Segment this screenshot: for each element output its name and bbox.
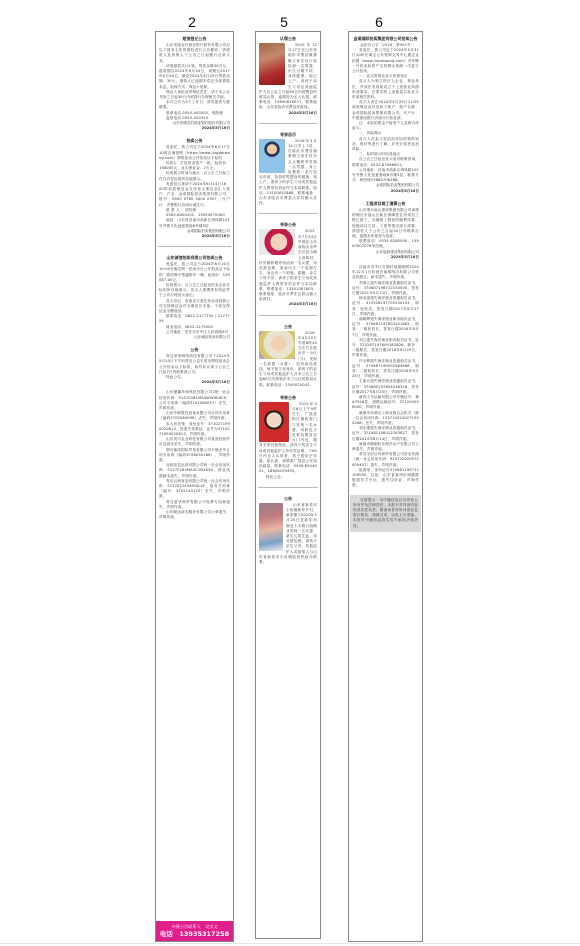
notice-paragraph: 标的1：打包拍卖资产一批，起拍价：198000元，竞买保证金：2万元。: [159, 161, 230, 171]
lost-item-notice: 本人孙先锋，身份证号：3710271990020613，因遗失驾驶证，证号为37…: [159, 422, 230, 438]
lost-item-notice: 烟台赛诺国际贸易有限公司不慎丢失合同专用章（编码3708030166），声明作废…: [159, 448, 230, 464]
infant-photo: [259, 229, 295, 255]
notice-title: 金诺国际拍卖集团有限公司拍卖公告: [352, 36, 419, 41]
notice-title: 公告: [159, 347, 230, 352]
notice-column-2: 短信登记公告 山东省城农村商业银行股份有限公司对以下债务主体的债权进行公告催收，…: [155, 31, 234, 942]
notice-title: 寻亲启示: [259, 132, 317, 137]
notice-phone: 联系电话：0622-2177750 / 2177759: [159, 314, 230, 324]
notice-paragraph: 标的展示时间与地点：自公告之日起工作日内在标的所在地展示。: [159, 171, 230, 181]
lost-item-notice: 山东中联数控设备有限公司合同专用章（编码3702080098）丢失，声明作废。: [159, 411, 230, 421]
notice-title: 公告: [259, 496, 317, 501]
notice-lost-items: 山东鼎翼环保科技有限公司1统一社会信用代码：91370281MA3WW9E8C9…: [156, 388, 233, 523]
notice-title: 山东诚信拍卖有限公司拍卖公告: [159, 255, 230, 260]
notice-paragraph: 注：本标的资金不接受个人及联合体参与。: [352, 121, 419, 131]
notice-claim: 认领公告 2019年12月17日在山东省临沂市费县镇寨镇王家庄村口捡拾到一名男婴…: [256, 32, 320, 119]
lost-item-notice: 青岛富华商贸有限公司发票专用章遗失，声明作废。: [159, 500, 230, 510]
notice-date: 2024年5月16日: [159, 234, 230, 239]
notice-column-6: 金诺国际拍卖集团有限公司拍卖公告 金拍告公字〔2024〕第501号 受委托，我公…: [348, 31, 423, 942]
notice-family-search-1: 寻亲启示 2016年3月14日早上7时，在临沂市费县镇寨镇王家庄村东头大槐树旁发…: [256, 128, 320, 210]
notice-paragraph: 有意竞买者请于2024年6月14日16：00时前将保证金交至竞买保证金汇入账户：…: [159, 182, 230, 208]
column-number-5: 5: [269, 14, 299, 30]
divider: [258, 487, 318, 488]
lost-item-notice: 山东昊川农业科技有限公司食品经营许可证副本丢失，声明作废。: [159, 437, 230, 447]
notice-date: 2024年5月16日: [259, 111, 317, 116]
notice-family-search-3: 寻亲公告 2015年5月6日上午9时左右，广饶县稻庄镇政府门口发现一名女婴，用粉…: [256, 391, 320, 483]
lost-item-notice: 青岛宝信百货商贸有限公司营业执照（统一社会信用代码：91370202057000…: [352, 452, 419, 468]
column-number-6: 6: [364, 14, 394, 30]
notice-auction-2: 山东诚信拍卖有限公司拍卖公告 受委托，我公司定于2024年6月20日10:00在…: [156, 251, 233, 343]
column-number-2: 2: [177, 14, 207, 30]
lost-item-notice: 曲朝辉遗失海洋渔业职务船员证书，证号：370687197803151882，职务…: [352, 317, 419, 338]
notice-title: 认领公告: [259, 36, 317, 41]
notice-auction-jinnuo: 金诺国际拍卖集团有限公司拍卖公告 金拍告公字〔2024〕第501号 受委托，我公…: [349, 32, 422, 197]
notice-column-5: 认领公告 2019年12月17日在山东省临沂市费县镇寨镇王家庄村口捡拾到一名男婴…: [255, 31, 321, 939]
notice-paragraph: 该笔借款共计1笔，贷款金额30万元，借款期自2024年6月20日，到期日2017…: [159, 64, 230, 90]
notice-date: 2024年5月16日: [159, 126, 230, 131]
notice-title: 工程项目竣工清算公告: [352, 201, 419, 206]
notice-date: 2024年5月16日: [159, 380, 230, 385]
contact-banner: 中缝公告联系人 吴宗文 电话 13935317258: [156, 921, 233, 941]
divider: [258, 123, 318, 124]
lost-item-notice: 韩亚丽遗失海洋渔业普通船员证书，证号：372928197705230193，职务…: [352, 296, 419, 317]
notice-family-search-2: 寻亲公告 2012年7月24日早晨在山东省临沂市罗庄区高山镇土帛四村，村东侧桥墩…: [256, 218, 320, 310]
notice-paragraph: 竞买登记：有意竞买者在拍卖前到我公司交纳保证金并办理竞买手续，不成交保证金全额退…: [159, 299, 230, 315]
child-photo: [259, 402, 289, 442]
notice-paragraph: 青岛荣荣网络科技有限公司于2024年5月20日下午向青岛公益平度市网络拍卖会公开…: [159, 354, 230, 375]
infant-photo: [259, 331, 295, 359]
lost-item-notice: 许永辉遗失海洋渔业普通船员证书，证号：370687199002083688，职务…: [352, 359, 419, 380]
notice-title: 拍卖公告: [159, 138, 230, 143]
lost-item-notice: 李海云遗失海洋渔业普通船员证书，证号：370687198712150000，签发…: [352, 281, 419, 297]
notice-paragraph: 本次公告为3个工作日，请有意者与我联系。: [159, 100, 230, 110]
lost-item-notice: 济南市市中区打渔村地图路网2020年12月1日收到济南网络店有限公司营业执照正、…: [352, 265, 419, 281]
infant-photo: [259, 503, 283, 551]
notice-paragraph: 保证人承担连带保证责任，请于本公告刊登之日起30日内到我行办理相关手续。: [159, 90, 230, 100]
notice-signature: 山东诚信拍卖有限公司: [159, 335, 230, 340]
notice-date: 2024年5月16日: [259, 302, 317, 307]
page-bottom-rule: [0, 943, 580, 944]
notice-paragraph: 受委托，我公司定于2024年6月20日10:00在淘宝网一拍卖平台公开拍卖以下标…: [159, 262, 230, 283]
lost-item-notice: 山东鼎翼环保科技有限公司1统一社会信用代码：91370281MA3WW9E8C9…: [159, 390, 230, 411]
notice-title: 公告: [259, 324, 317, 329]
notice-address: 地址：山东省济南市高新区舜风路101号齐鲁文化创意基地6号楼5层: [159, 218, 230, 228]
lost-item-notice: 山东顺达商务服务有限公司公章遗失，声明作废。: [159, 510, 230, 520]
lost-item-notice: 威海市顺顺旺东海洋水产有限公司公章遗失，声明作废。: [352, 442, 419, 452]
notice-phone: 联系电话：0535-6280000，15900507076李经理。: [352, 239, 419, 249]
notice-title: 寻亲公告: [259, 222, 317, 227]
notice-paragraph: 自公告之日起至竞买前可联系咨询。联系电话：0531-67066601。: [352, 157, 419, 167]
friendly-reminder-box: 友情提示：本中缝信息仅为刊登人所有并负法律责任，本报不对刊登内容的真实性负责，敬…: [350, 495, 421, 532]
notice-paragraph: 受委托，我公司定于2024年6月17日10时在淘拍网（https://www.j…: [159, 145, 230, 161]
notice-abandoned-infant: 公告 2016年4月10日早晨8时20分左右在临沂市一小区门口，发现一名弃婴（女…: [256, 320, 320, 391]
notice-date: 2024年5月16日: [352, 255, 419, 260]
lost-item-notice: 王素兵遗失海洋渔业普通船员证书，证号：370685197604036318，签发…: [352, 379, 419, 395]
notice-paragraph: 山东省城农村商业银行股份有限公司对以下债务主体的债权进行公告催收，请借款人及担保…: [159, 43, 230, 64]
lost-item-notice: 威海市环翠区工商业联合会机关（统一社会信用代码：1337100240071905…: [352, 411, 419, 427]
banner-phone: 电话 13935317258: [156, 930, 233, 938]
notice-paragraph: 竞买人须在2024年5月29日17:00前将保证金付至如下账户：账户名称：金诺国…: [352, 100, 419, 121]
notice-paragraph: 标的展示：自公告之日起至拍卖会前在标的所在地展示。竞买人请携带有效证件于公司办理…: [159, 283, 230, 299]
notice-closing: 特此公告。: [259, 475, 317, 480]
lost-item-notice: 刘永强遗失海洋渔业普通船员证书，证号：371081198012263827，签发…: [352, 426, 419, 442]
reminder-text: 友情提示：本中缝信息仅为刊登人所有并负法律责任，本报不对刊登内容的真实性负责，敬…: [353, 498, 418, 529]
notice-infant-found: 公告 山东省新泰市小协镇新华乡村，新泰镇于2020年1月20日在新矿西侧北十字路…: [256, 492, 320, 568]
banner-contact-person: 中缝公告联系人 吴宗文: [156, 923, 233, 930]
notice-lost-certificates: 济南市市中区打渔村地图路网2020年12月1日收到济南网络店有限公司营业执照正、…: [349, 263, 422, 492]
notice-paragraph: 竞买人在参与竞拍前对标的物的状况、现状等进行了解，应充分知悉竞拍风险。: [352, 137, 419, 153]
notice-title: 短信登记公告: [159, 36, 230, 41]
divider: [258, 315, 318, 316]
notice-title: 寻亲公告: [259, 395, 317, 400]
notice-address: 公司地址：济南市高新区舜风路101号齐鲁文化创意基地6号楼3层，联系方式：杨经理…: [352, 168, 419, 184]
infant-photo: [259, 43, 285, 85]
notice-auction-1: 拍卖公告 受委托，我公司定于2024年6月17日10时在淘拍网（https://…: [156, 134, 233, 242]
lost-item-notice: 刘立遗失海洋渔业职务船员证书，证号：370287197809181826，职务：…: [352, 338, 419, 359]
notice-project-settlement: 工程项目竣工清算公告 山东烟台福山建设集团有限公司承建的烟台市福山区新区保障性住…: [349, 197, 422, 263]
lost-item-notice: 泳悦信息运营有限公司统一社会信用代码：91370285MA3C1N2K3X，营业…: [159, 463, 230, 479]
divider: [258, 213, 318, 214]
lost-item-notice: 崔淑荣，身份证号370681199711100000，住址：山东省莱州市城港路街…: [352, 468, 419, 489]
notice-paragraph: 受委托，我公司定于2024年5月31日10时在淘宝公共资源交易中心通过金拍网（w…: [352, 48, 419, 74]
notice-paragraph: 竞买人为独立的法人企业、事业单位，并须在签到前设立于上述营业执照申请要求。在要求…: [352, 79, 419, 100]
notice-sms-registration: 短信登记公告 山东省城农村商业银行股份有限公司对以下债务主体的债权进行公告催收，…: [156, 32, 233, 134]
infant-photo: [259, 139, 285, 173]
lost-item-notice: 青岛汉润食品有限公司统一社会信用代码：913702143A5GJL0F，财务专用…: [159, 479, 230, 500]
lost-item-notice: 新郑天马运输有限公司车辆证号：豫A7926挂，道路运输证号：3712040000…: [352, 395, 419, 411]
divider: [158, 246, 231, 247]
notice-general: 公告 青岛荣荣网络科技有限公司于2024年5月20日下午向青岛公益平度市网络拍卖…: [156, 343, 233, 388]
notice-date: 2024年5月16日: [352, 189, 419, 194]
notice-paragraph: 山东烟台福山建设集团有限公司承建的烟台市福山区新区保障性住房项目工程已竣工，为确…: [352, 208, 419, 239]
